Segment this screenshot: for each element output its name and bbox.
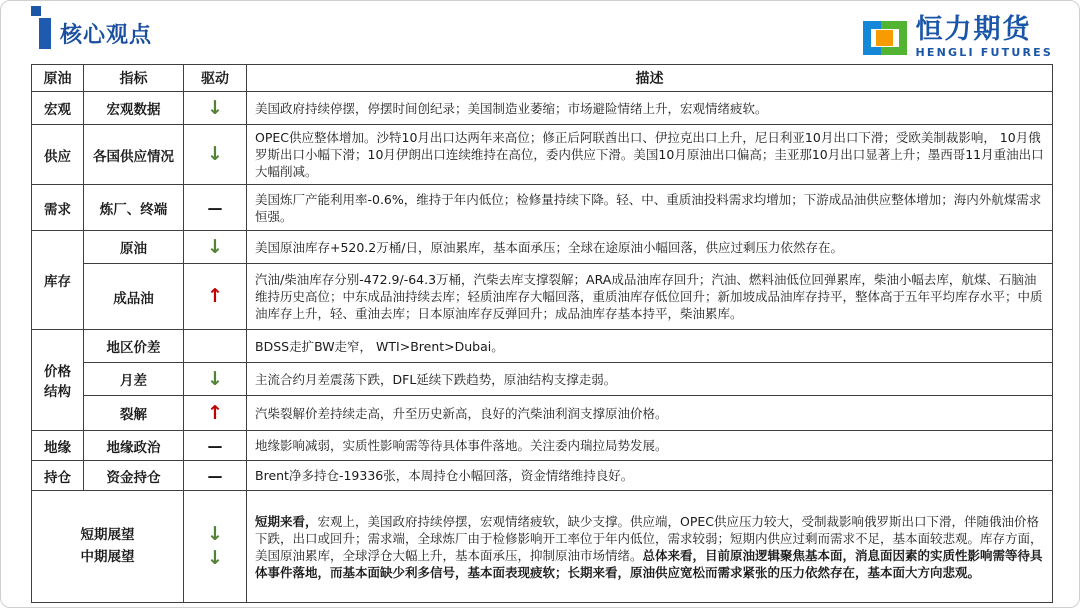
down-arrow-icon: ↓ (207, 370, 223, 389)
table-row-crack: 裂解 ↑ 汽柴裂解价差持续走高，升至历史新高，良好的汽柴油利润支撑原油价格。 (32, 396, 1053, 431)
table-row-outlook: 短期展望 中期展望 ↓ ↓ 短期来看，宏观上，美国政府持续停摆，宏观情绪疲软，缺… (32, 491, 1053, 603)
down-arrow-icon: ↓ (207, 99, 223, 118)
indicator-cell: 地缘政治 (84, 431, 184, 461)
indicator-cell: 月差 (84, 363, 184, 396)
logo-name-en: HENGLI FUTURES (916, 47, 1053, 58)
indicator-cell: 地区价差 (84, 330, 184, 363)
hengli-logo-icon (862, 16, 908, 60)
dash-icon: — (208, 469, 223, 484)
indicator-cell: 炼厂、终端 (84, 185, 184, 231)
core-views-table: 原油 指标 驱动 描述 宏观 宏观数据 ↓ 美国政府持续停摆，停摆时间创纪录；美… (31, 64, 1053, 603)
title-block: 核心观点 (39, 18, 152, 49)
table-row-inventory-products: 成品油 ↑ 汽油/柴油库存分别-472.9/-64.3万桶，汽柴去库支撑裂解；A… (32, 264, 1053, 330)
indicator-cell: 裂解 (84, 396, 184, 431)
description-cell: Brent净多持仓-19336张，本周持仓小幅回落，资金情绪维持良好。 (247, 461, 1053, 491)
category-cell: 供应 (32, 125, 84, 185)
driver-cell: ↑ (184, 396, 247, 431)
description-cell: 主流合约月差震荡下跌，DFL延续下跌趋势，原油结构支撑走弱。 (247, 363, 1053, 396)
category-cell: 需求 (32, 185, 84, 231)
outlook-label-cell: 短期展望 中期展望 (32, 491, 184, 603)
description-cell: 美国炼厂产能利用率-0.6%，维持于年内低位；检修量持续下降。轻、中、重质油投料… (247, 185, 1053, 231)
driver-cell: — (184, 185, 247, 231)
page-header: 核心观点 恒力期货 HENGLI FUTURES (1, 1, 1079, 64)
indicator-cell: 成品油 (84, 264, 184, 330)
down-arrow-icon: ↓ (184, 523, 246, 547)
title-accent-bar (39, 18, 51, 49)
description-cell: 汽柴裂解价差持续走高，升至历史新高，良好的汽柴油利润支撑原油价格。 (247, 396, 1053, 431)
page-title: 核心观点 (60, 18, 152, 49)
driver-cell: — (184, 461, 247, 491)
up-arrow-icon: ↑ (207, 287, 223, 306)
driver-cell-empty (184, 330, 247, 363)
table-row-macro: 宏观 宏观数据 ↓ 美国政府持续停摆，停摆时间创纪录；美国制造业萎缩；市场避险情… (32, 92, 1053, 125)
dash-icon: — (208, 201, 223, 216)
driver-cell: ↓ (184, 363, 247, 396)
driver-cell: ↓ (184, 125, 247, 185)
table-row-regional-spread: 价格 结构 地区价差 BDSS走扩BW走窄， WTI>Brent>Dubai。 (32, 330, 1053, 363)
category-cell: 价格 结构 (32, 330, 84, 431)
logo-name-cn: 恒力期货 (916, 16, 1053, 43)
driver-cell: ↓ (184, 92, 247, 125)
table-row-geopolitics: 地缘 地缘政治 — 地缘影响减弱，实质性影响需等待具体事件落地。关注委内瑞拉局势… (32, 431, 1053, 461)
table-row-supply: 供应 各国供应情况 ↓ OPEC供应整体增加。沙特10月出口达两年来高位；修正后… (32, 125, 1053, 185)
indicator-cell: 宏观数据 (84, 92, 184, 125)
table-row-positions: 持仓 资金持仓 — Brent净多持仓-19336张，本周持仓小幅回落，资金情绪… (32, 461, 1053, 491)
table-row-month-spread: 月差 ↓ 主流合约月差震荡下跌，DFL延续下跌趋势，原油结构支撑走弱。 (32, 363, 1053, 396)
col-header-description: 描述 (247, 65, 1053, 92)
indicator-cell: 各国供应情况 (84, 125, 184, 185)
description-cell: 美国政府持续停摆，停摆时间创纪录；美国制造业萎缩；市场避险情绪上升，宏观情绪疲软… (247, 92, 1053, 125)
driver-cell: ↑ (184, 264, 247, 330)
dash-icon: — (208, 439, 223, 454)
down-arrow-icon: ↓ (207, 145, 223, 164)
driver-cell: ↓ ↓ (184, 491, 247, 603)
logo-text: 恒力期货 HENGLI FUTURES (916, 16, 1053, 58)
indicator-cell: 原油 (84, 231, 184, 264)
description-cell: 美国原油库存+520.2万桶/日，原油累库，基本面承压；全球在途原油小幅回落，供… (247, 231, 1053, 264)
category-cell: 持仓 (32, 461, 84, 491)
category-cell: 宏观 (32, 92, 84, 125)
table-row-demand: 需求 炼厂、终端 — 美国炼厂产能利用率-0.6%，维持于年内低位；检修量持续下… (32, 185, 1053, 231)
description-cell: 汽油/柴油库存分别-472.9/-64.3万桶，汽柴去库支撑裂解；ARA成品油库… (247, 264, 1053, 330)
driver-cell: ↓ (184, 231, 247, 264)
indicator-cell: 资金持仓 (84, 461, 184, 491)
brand-logo: 恒力期货 HENGLI FUTURES (862, 16, 1053, 60)
down-arrow-icon: ↓ (184, 547, 246, 571)
table-header-row: 原油 指标 驱动 描述 (32, 65, 1053, 92)
category-cell: 库存 (32, 231, 84, 330)
description-cell: BDSS走扩BW走窄， WTI>Brent>Dubai。 (247, 330, 1053, 363)
category-cell: 地缘 (32, 431, 84, 461)
outlook-bold-lead: 短期来看， (255, 514, 318, 529)
report-page: 核心观点 恒力期货 HENGLI FUTURES 原油 指标 (0, 0, 1080, 608)
description-cell: OPEC供应整体增加。沙特10月出口达两年来高位；修正后阿联酋出口、伊拉克出口上… (247, 125, 1053, 185)
col-header-crude: 原油 (32, 65, 84, 92)
table-row-inventory-crude: 库存 原油 ↓ 美国原油库存+520.2万桶/日，原油累库，基本面承压；全球在途… (32, 231, 1053, 264)
col-header-driver: 驱动 (184, 65, 247, 92)
down-arrow-icon: ↓ (207, 238, 223, 257)
col-header-indicator: 指标 (84, 65, 184, 92)
driver-cell: — (184, 431, 247, 461)
up-arrow-icon: ↑ (207, 404, 223, 423)
description-cell: 地缘影响减弱，实质性影响需等待具体事件落地。关注委内瑞拉局势发展。 (247, 431, 1053, 461)
description-cell: 短期来看，宏观上，美国政府持续停摆，宏观情绪疲软，缺少支撑。供应端，OPEC供应… (247, 491, 1053, 603)
